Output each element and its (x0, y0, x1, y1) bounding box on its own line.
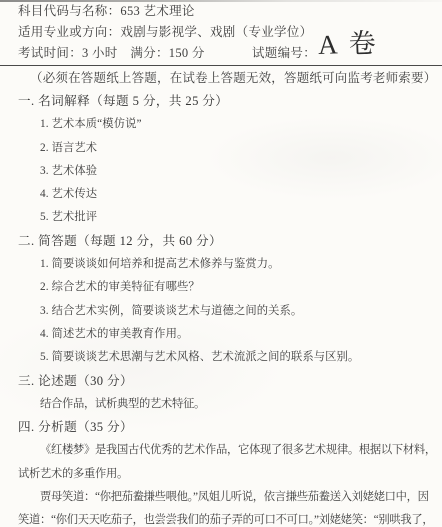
exam-section: 一. 名词解释（每题 5 分，共 25 分）1. 艺术本质“模仿说”2. 语言艺… (18, 90, 430, 230)
scan-artifact-top-edge (0, 0, 442, 2)
paragraph-line: 笑道：“你们天天吃茄子，也尝尝我们的茄子弄的可口不可口。”刘姥姥笑：“别哄我了， (18, 509, 430, 527)
exam-header: 科目代码与名称：653 艺术理论 适用专业或方向：戏剧与影视学、戏剧（专业学位）… (0, 0, 442, 64)
question-item: 2. 综合艺术的审美特征有哪些？ (18, 276, 430, 299)
question-item: 4. 简述艺术的审美教育作用。 (18, 323, 430, 346)
section-title: 二. 简答题（每题 12 分，共 60 分） (18, 230, 430, 253)
question-item: 5. 简要谈谈艺术思潮与艺术风格、艺术流派之间的联系与区别。 (18, 346, 430, 369)
exam-section: 二. 简答题（每题 12 分，共 60 分）1. 简要谈谈如何培养和提高艺术修养… (18, 230, 430, 370)
subject-code-line: 科目代码与名称：653 艺术理论 (18, 1, 430, 22)
exam-section: 三. 论述题（30 分）结合作品，试析典型的艺术特征。 (18, 370, 430, 417)
paragraph-line: 贾母笑道：“你把茄鲞搛些喂他。”凤姐儿听说，依言搛些茄鲞送入刘姥姥口中，因 (18, 486, 430, 509)
question-item: 4. 艺术传达 (18, 183, 430, 206)
question-item: 5. 艺术批评 (18, 206, 430, 229)
question-item: 1. 简要谈谈如何培养和提高艺术修养与鉴赏力。 (18, 253, 430, 276)
paper-number-handwritten: A 卷 (318, 33, 379, 56)
time-score-text: 考试时间：3 小时 满分：150 分 (18, 46, 205, 60)
paragraph-line: 试析艺术的多重作用。 (18, 463, 430, 486)
question-item: 3. 艺术体验 (18, 160, 430, 183)
question-item: 3. 结合艺术实例，简要谈谈艺术与道德之间的关系。 (18, 300, 430, 323)
section-title: 三. 论述题（30 分） (18, 370, 430, 393)
exam-paper: 科目代码与名称：653 艺术理论 适用专业或方向：戏剧与影视学、戏剧（专业学位）… (0, 0, 442, 527)
header-divider-line (0, 65, 442, 66)
paragraph-line: 《红楼梦》是我国古代优秀的艺术作品，它体现了很多艺术规律。根据以下材料， (18, 439, 430, 462)
paper-number-label: 试题编号： (252, 43, 316, 64)
exam-meta-line: 考试时间：3 小时 满分：150 分 试题编号： A 卷 (18, 43, 430, 64)
question-item: 2. 语言艺术 (18, 137, 430, 160)
answer-sheet-notice: （必须在答题纸上答题，在试卷上答题无效，答题纸可向监考老师索要） (0, 68, 442, 88)
section-title: 四. 分析题（35 分） (18, 416, 430, 439)
exam-section: 四. 分析题（35 分）《红楼梦》是我国古代优秀的艺术作品，它体现了很多艺术规律… (18, 416, 430, 527)
section-title: 一. 名词解释（每题 5 分，共 25 分） (18, 90, 430, 113)
question-item: 1. 艺术本质“模仿说” (18, 113, 430, 136)
paragraph-line: 结合作品，试析典型的艺术特征。 (18, 393, 430, 416)
question-sections: 一. 名词解释（每题 5 分，共 25 分）1. 艺术本质“模仿说”2. 语言艺… (0, 88, 442, 527)
